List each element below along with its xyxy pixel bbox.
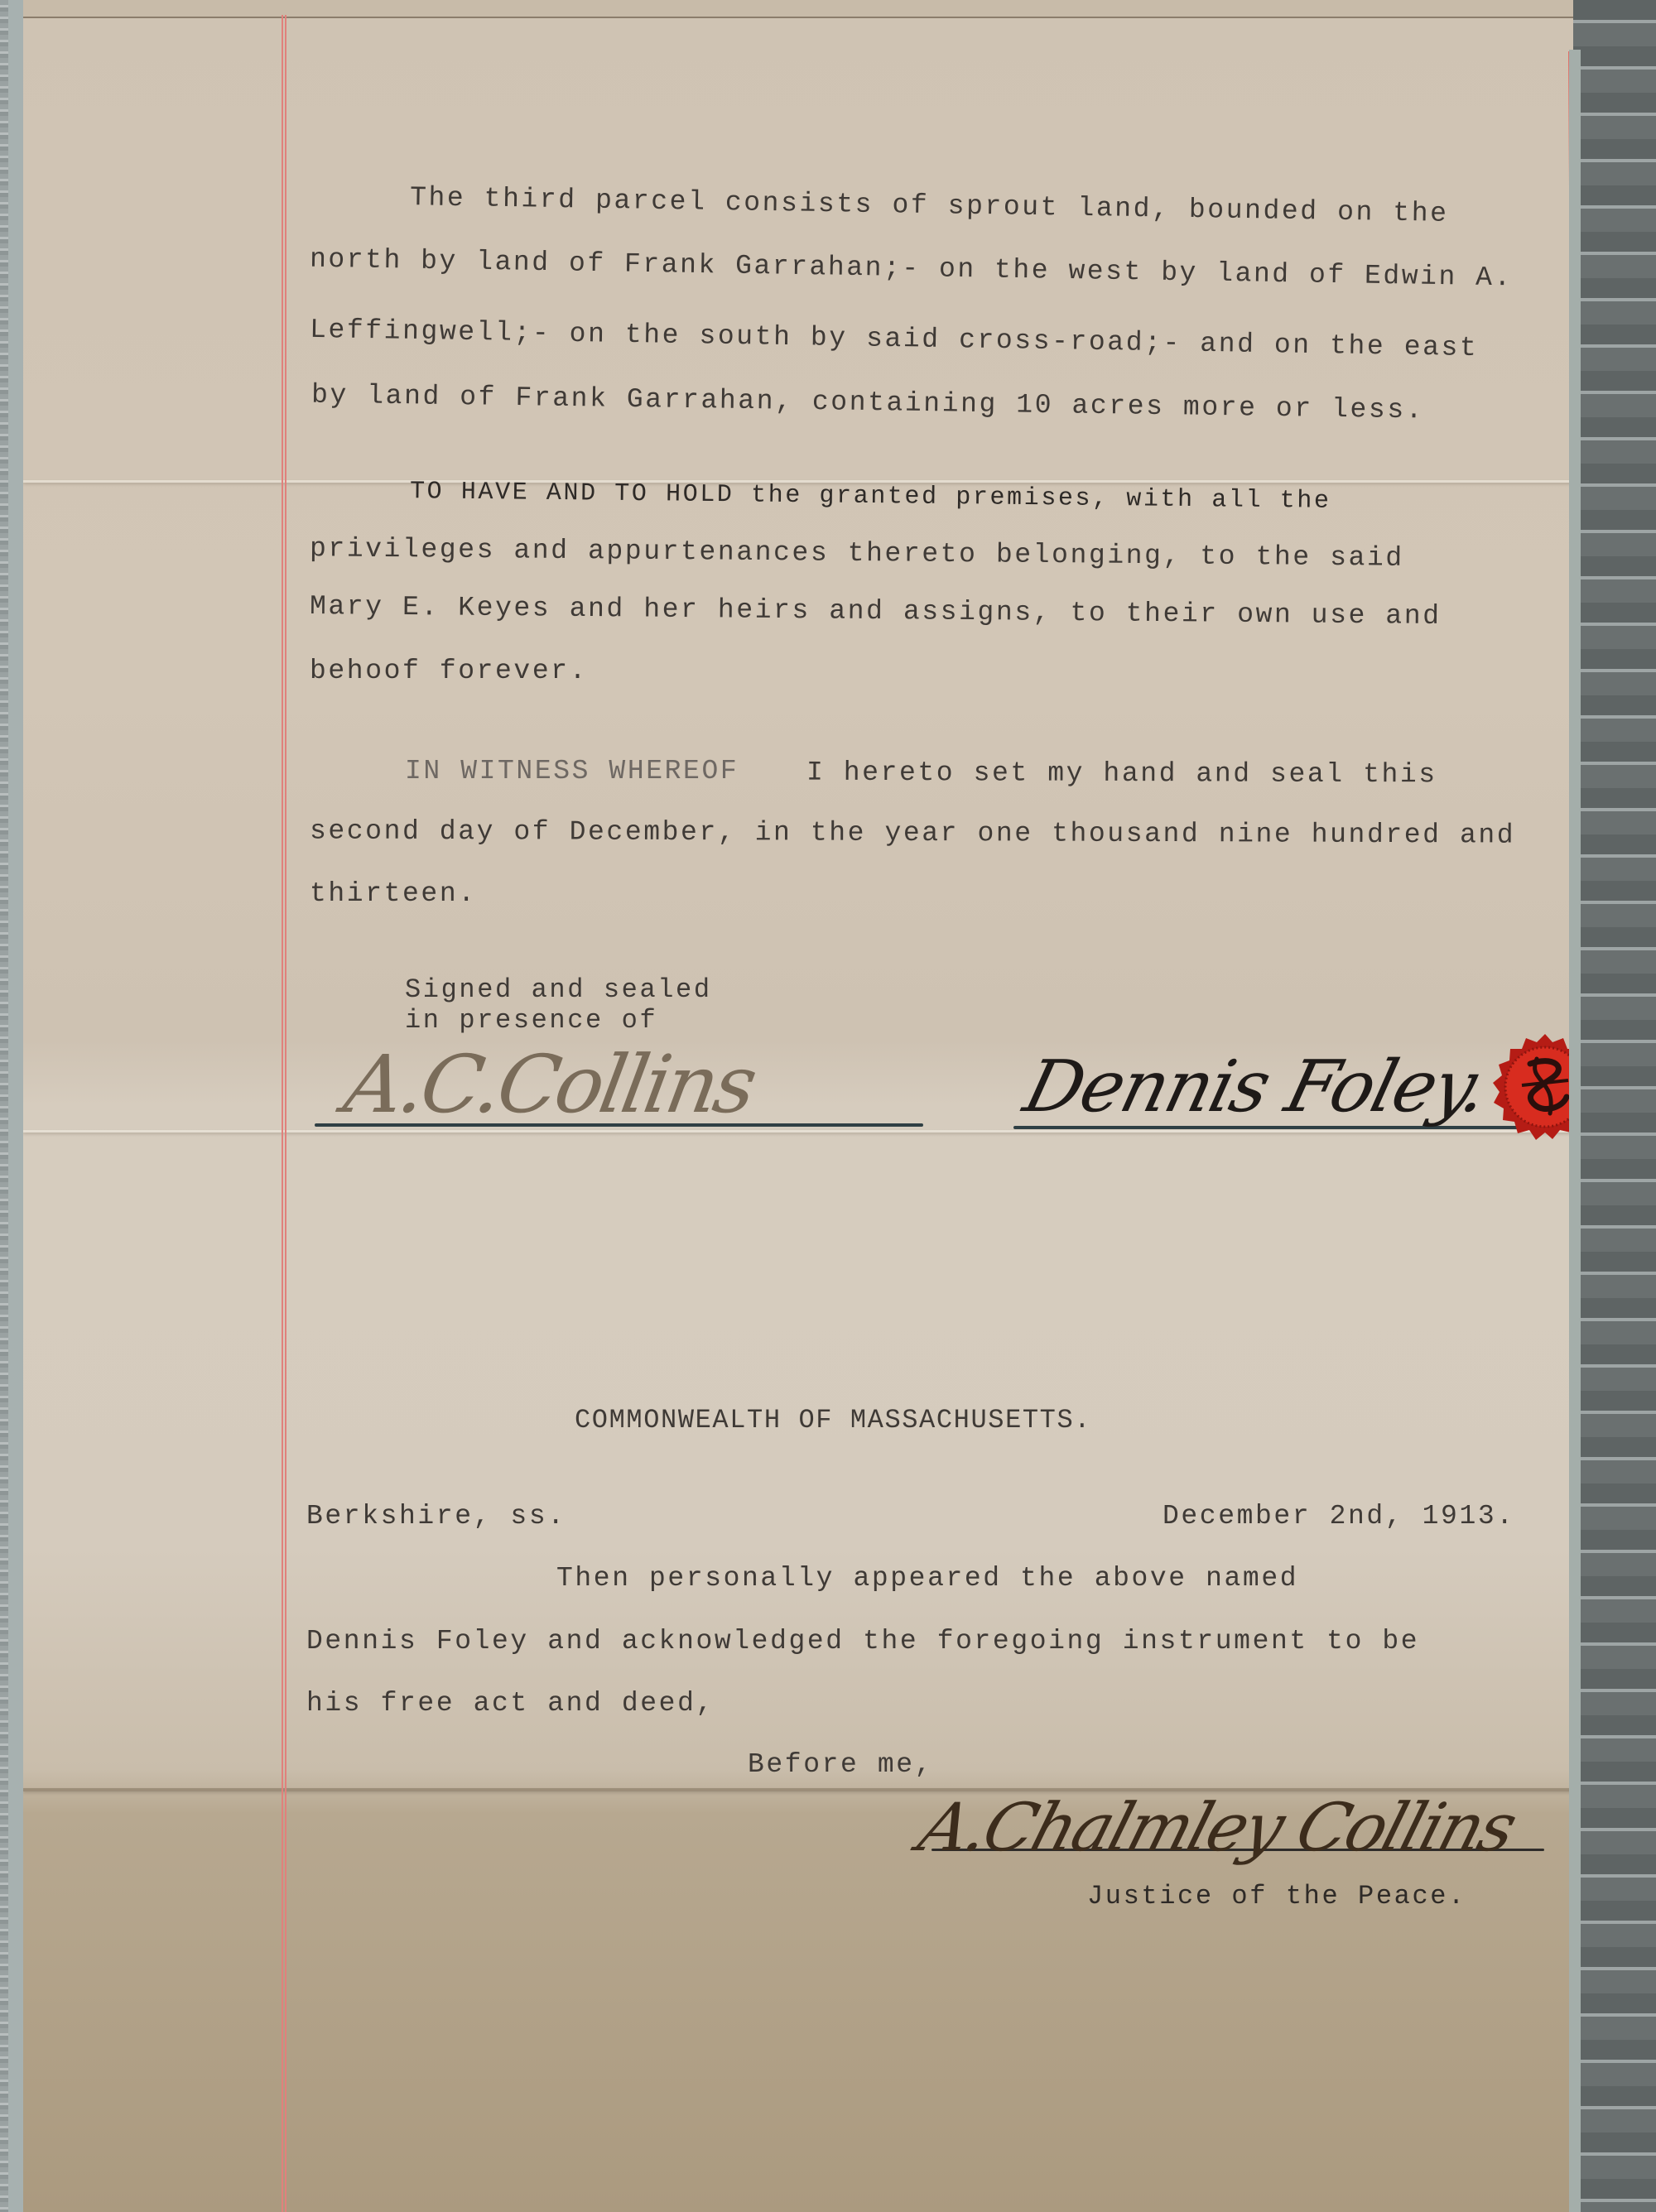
fold-crease bbox=[23, 1130, 1573, 1132]
text-line: by land of Frank Garrahan, containing 10… bbox=[311, 382, 1425, 425]
top-fold-edge bbox=[23, 0, 1573, 18]
text-line: thirteen. bbox=[310, 880, 477, 907]
acknowledgment-date: December 2nd, 1913. bbox=[1163, 1503, 1515, 1530]
deed-page: The third parcel consists of sprout land… bbox=[23, 0, 1573, 2212]
text-line: second day of December, in the year one … bbox=[310, 817, 1515, 849]
left-margin-rule bbox=[282, 15, 286, 2212]
folder-edge-right bbox=[1569, 50, 1581, 2212]
text-line: behoof forever. bbox=[310, 657, 588, 685]
text-line: his free act and deed, bbox=[306, 1690, 715, 1717]
text-line: north by land of Frank Garrahan;- on the… bbox=[310, 246, 1513, 292]
text-line: privileges and appurtenances thereto bel… bbox=[310, 535, 1404, 572]
wax-seal-icon bbox=[1487, 1031, 1573, 1147]
county: Berkshire, ss. bbox=[306, 1503, 566, 1530]
grantor-signature: Dennis Foley. bbox=[1018, 1051, 1494, 1123]
attestation-line: Signed and sealed bbox=[405, 977, 712, 1003]
witness-signature: A.C.Collins bbox=[339, 1045, 760, 1124]
text-line: I hereto set my hand and seal this bbox=[806, 759, 1437, 789]
text-line: TO HAVE AND TO HOLD the granted premises… bbox=[410, 479, 1331, 514]
text-line: The third parcel consists of sprout land… bbox=[410, 184, 1449, 228]
justice-title: Justice of the Peace. bbox=[1087, 1883, 1466, 1910]
text-line: Dennis Foley and acknowledged the forego… bbox=[306, 1628, 1419, 1655]
text-line: Mary E. Keyes and her heirs and assigns,… bbox=[310, 593, 1442, 630]
attestation-line: in presence of bbox=[405, 1007, 657, 1034]
text-line: Then personally appeared the above named bbox=[556, 1565, 1298, 1592]
text-line: Leffingwell;- on the south by said cross… bbox=[310, 316, 1479, 362]
justice-signature: A.Chalmley Collins bbox=[912, 1795, 1522, 1861]
witness-lead: IN WITNESS WHEREOF bbox=[405, 757, 739, 785]
before-me: Before me, bbox=[748, 1751, 933, 1778]
acknowledgment-heading: COMMONWEALTH OF MASSACHUSETTS. bbox=[575, 1407, 1091, 1434]
